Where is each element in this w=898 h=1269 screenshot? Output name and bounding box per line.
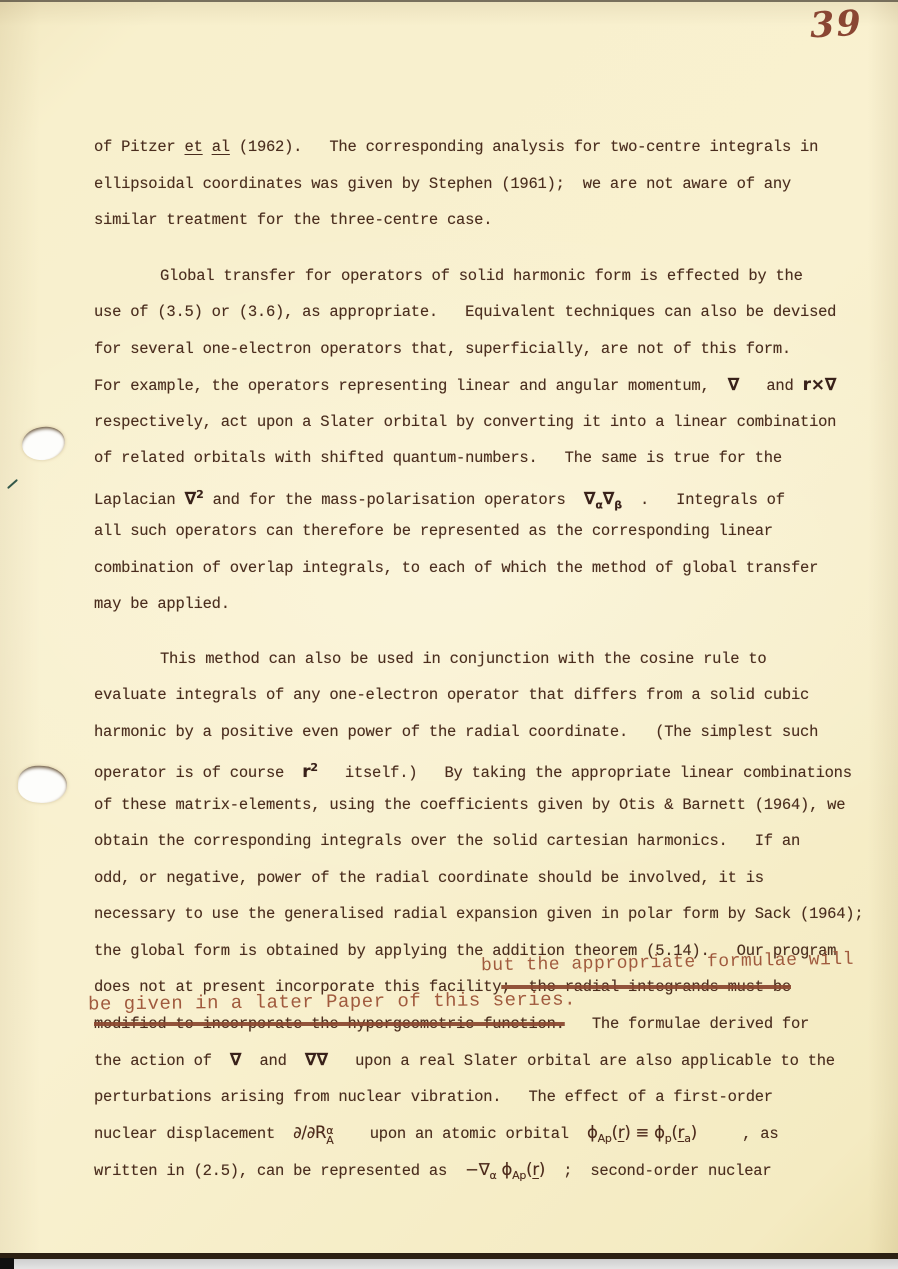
typed-line: of Pitzer et al (1962). The correspondin… bbox=[94, 136, 818, 158]
typed-line: of these matrix-elements, using the coef… bbox=[94, 794, 845, 816]
scanner-background-strip bbox=[0, 1259, 898, 1269]
typed-line: operator is of course r2 itself.) By tak… bbox=[94, 757, 852, 784]
handwritten-insertion-line2: be given in a later Paper of this series… bbox=[88, 988, 576, 1015]
typed-line: For example, the operators representing … bbox=[94, 374, 836, 397]
typed-line: similar treatment for the three-centre c… bbox=[94, 209, 492, 231]
typed-line: obtain the corresponding integrals over … bbox=[94, 830, 800, 852]
manuscript-page: 39 of Pitzer et al (1962). The correspon… bbox=[0, 0, 898, 1269]
typed-line: Global transfer for operators of solid h… bbox=[160, 265, 803, 287]
typed-line: harmonic by a positive even power of the… bbox=[94, 721, 818, 743]
typed-line: nuclear displacement ∂/∂RαA upon an atom… bbox=[94, 1122, 778, 1150]
typed-line: written in (2.5), can be represented as … bbox=[94, 1159, 771, 1187]
typed-line: all such operators can therefore be repr… bbox=[94, 520, 773, 542]
punch-hole bbox=[17, 764, 68, 804]
typed-line: use of (3.5) or (3.6), as appropriate. E… bbox=[94, 301, 836, 323]
typed-line: for several one-electron operators that,… bbox=[94, 338, 791, 360]
stacked-script: αA bbox=[326, 1126, 333, 1146]
typed-line: ellipsoidal coordinates was given by Ste… bbox=[94, 173, 791, 195]
handwritten-page-number: 39 bbox=[809, 3, 864, 47]
scanner-corner-mark bbox=[0, 1258, 14, 1269]
typed-line: may be applied. bbox=[94, 593, 230, 615]
typed-line: necessary to use the generalised radial … bbox=[94, 903, 863, 925]
typed-line: of related orbitals with shifted quantum… bbox=[94, 447, 782, 469]
typed-line: This method can also be used in conjunct… bbox=[160, 648, 766, 670]
margin-pen-tick bbox=[7, 479, 18, 489]
typed-line: perturbations arising from nuclear vibra… bbox=[94, 1086, 773, 1108]
typed-line: odd, or negative, power of the radial co… bbox=[94, 867, 764, 889]
typed-line: respectively, act upon a Slater orbital … bbox=[94, 411, 836, 433]
typed-line: the action of ∇ and ∇∇ upon a real Slate… bbox=[94, 1049, 835, 1072]
typed-line: modified to incorporate the hypergeometr… bbox=[94, 1013, 809, 1035]
typed-line: evaluate integrals of any one-electron o… bbox=[94, 684, 809, 706]
scan-top-edge bbox=[0, 0, 898, 2]
typed-line: combination of overlap integrals, to eac… bbox=[94, 557, 818, 579]
punch-hole bbox=[20, 424, 67, 463]
typed-line: Laplacian ∇2 and for the mass-polarisati… bbox=[94, 484, 785, 516]
